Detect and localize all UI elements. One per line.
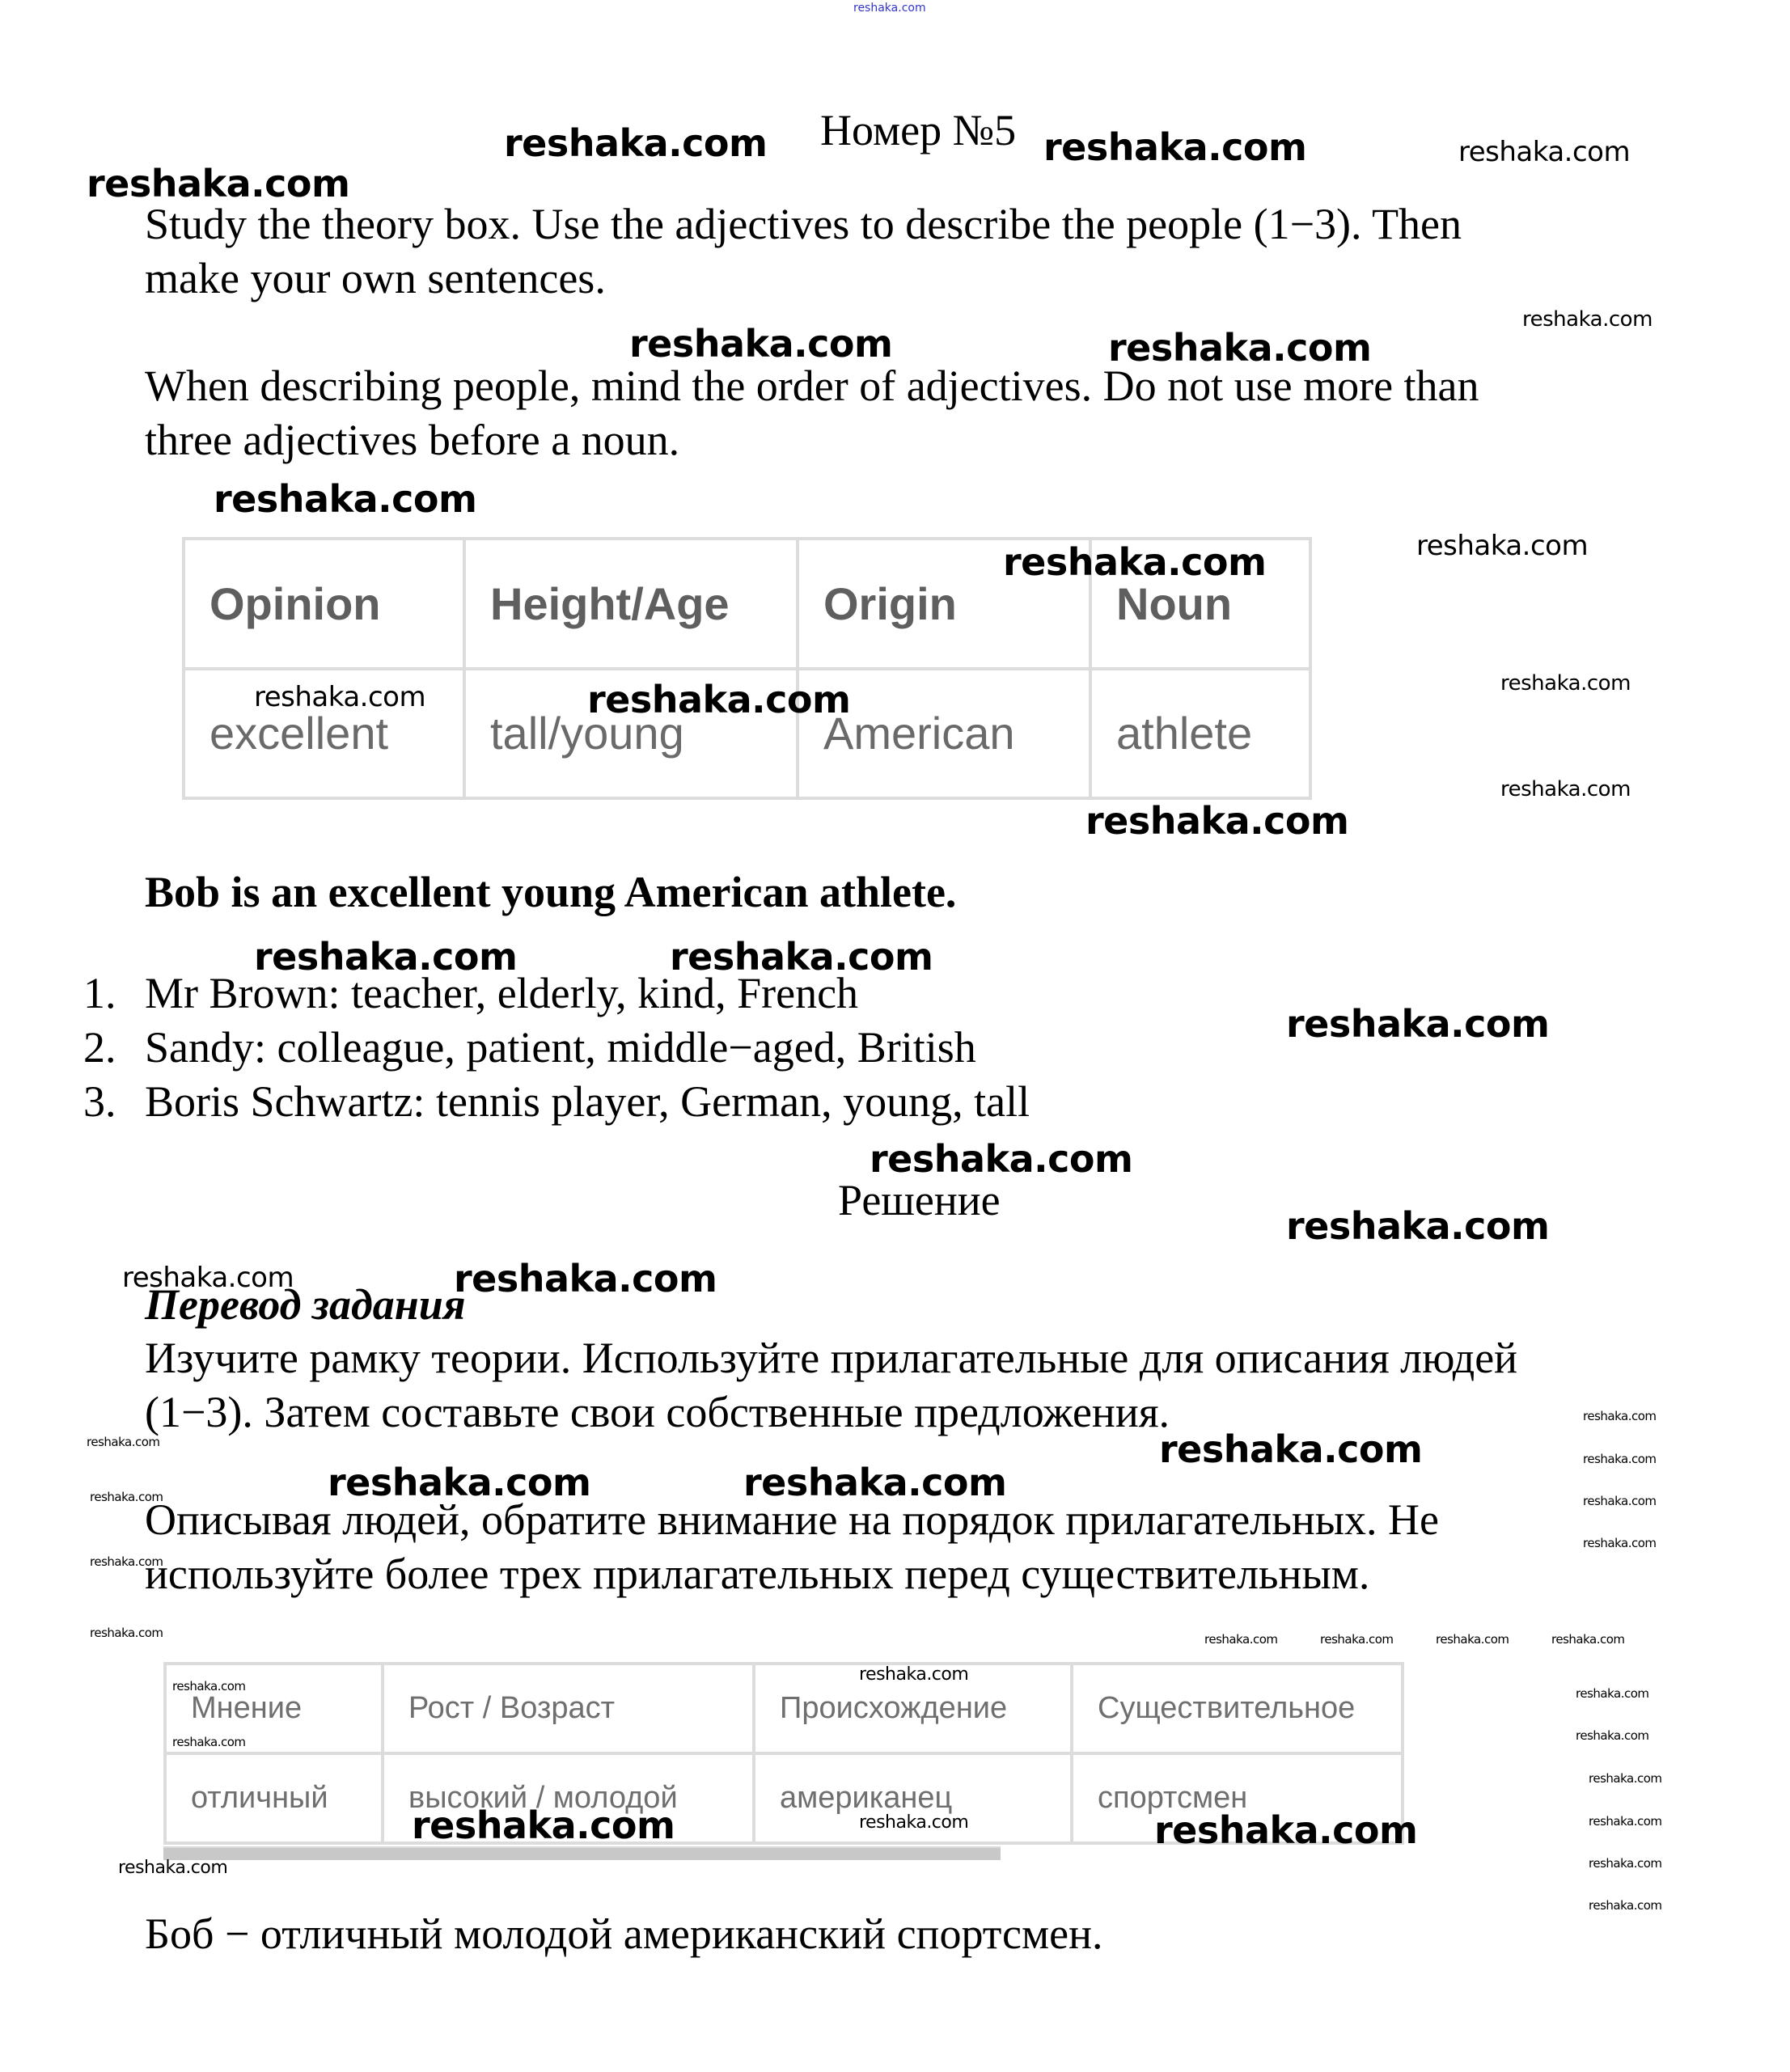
theory-text: When describing people, mind the order o… <box>145 359 1479 467</box>
page-title: Номер №5 <box>820 105 1016 155</box>
watermark-text: reshaka.com <box>587 678 850 721</box>
watermark-text: reshaka.com <box>454 1257 717 1300</box>
task-instruction-line: Study the theory box. Use the adjectives… <box>145 197 1462 252</box>
watermark-text: reshaka.com <box>629 322 892 366</box>
watermark-text: reshaka.com <box>122 1262 294 1294</box>
table-header-cell: Height/Age <box>464 539 798 669</box>
watermark-text: reshaka.com <box>1589 1898 1662 1913</box>
watermark-text: reshaka.com <box>859 1664 968 1685</box>
list-item: 2. Sandy: colleague, patient, middle−age… <box>83 1021 1030 1075</box>
watermark-text: reshaka.com <box>1320 1632 1394 1647</box>
table-header-cell: Существительное <box>1072 1664 1403 1753</box>
watermark-text: reshaka.com <box>90 1554 163 1569</box>
watermark-text: reshaka.com <box>1583 1452 1657 1466</box>
watermark-text: reshaka.com <box>1583 1536 1657 1550</box>
list-item-text: Sandy: colleague, patient, middle−aged, … <box>145 1021 976 1075</box>
watermark-text: reshaka.com <box>1159 1427 1422 1471</box>
watermark-text: reshaka.com <box>1589 1856 1662 1871</box>
watermark-text: reshaka.com <box>1436 1632 1509 1647</box>
watermark-text: reshaka.com <box>1154 1808 1417 1852</box>
theory-line: three adjectives before a noun. <box>145 413 1479 467</box>
watermark-text: reshaka.com <box>118 1858 227 1878</box>
watermark-text: reshaka.com <box>1589 1771 1662 1786</box>
watermark-text: reshaka.com <box>214 477 476 521</box>
watermark-text: reshaka.com <box>1416 530 1588 562</box>
watermark-text: reshaka.com <box>1576 1728 1649 1743</box>
table-header-cell: Рост / Возраст <box>383 1664 754 1753</box>
watermark-text: reshaka.com <box>870 1137 1132 1181</box>
list-item-number: 2. <box>83 1021 145 1075</box>
translation-instruction-line: Изучите рамку теории. Используйте прилаг… <box>145 1331 1517 1385</box>
translation-instruction: Изучите рамку теории. Используйте прилаг… <box>145 1331 1517 1440</box>
watermark-text: reshaka.com <box>1108 326 1371 370</box>
list-item-text: Boris Schwartz: tennis player, German, y… <box>145 1075 1030 1129</box>
task-instruction-line: make your own sentences. <box>145 252 1462 306</box>
watermark-text: reshaka.com <box>1583 1494 1657 1508</box>
watermark-text: reshaka.com <box>743 1461 1006 1504</box>
watermark-text: reshaka.com <box>1043 125 1306 169</box>
watermark-text: reshaka.com <box>1204 1632 1278 1647</box>
watermark-text: reshaka.com <box>1583 1409 1657 1423</box>
watermark-text: reshaka.com <box>504 121 767 165</box>
task-instruction: Study the theory box. Use the adjectives… <box>145 197 1462 306</box>
watermark-text: reshaka.com <box>1576 1686 1649 1701</box>
translated-example-sentence: Боб − отличный молодой американский спор… <box>145 1907 1103 1961</box>
watermark-text: reshaka.com <box>1500 671 1631 696</box>
site-link[interactable]: reshaka.com <box>853 2 926 15</box>
watermark-text: reshaka.com <box>254 935 517 979</box>
list-item-number: 1. <box>83 966 145 1021</box>
list-item-number: 3. <box>83 1075 145 1129</box>
translation-theory-line: используйте более трех прилагательных пе… <box>145 1547 1439 1601</box>
table-cell: отличный <box>165 1753 383 1843</box>
list-item: 3. Boris Schwartz: tennis player, German… <box>83 1075 1030 1129</box>
watermark-text: reshaka.com <box>87 1435 160 1449</box>
watermark-text: reshaka.com <box>1003 540 1266 584</box>
watermark-text: reshaka.com <box>90 1490 163 1504</box>
example-sentence: Bob is an excellent young American athle… <box>145 865 956 920</box>
watermark-text: reshaka.com <box>1551 1632 1625 1647</box>
translation-theory: Описывая людей, обратите внимание на пор… <box>145 1493 1439 1601</box>
watermark-text: reshaka.com <box>1522 307 1652 332</box>
solution-heading: Решение <box>838 1175 1001 1225</box>
watermark-text: reshaka.com <box>1500 777 1631 801</box>
watermark-text: reshaka.com <box>87 162 349 205</box>
table-cell: athlete <box>1090 669 1310 799</box>
watermark-text: reshaka.com <box>172 1679 246 1694</box>
watermark-text: reshaka.com <box>254 681 425 713</box>
table-header-row: Мнение Рост / Возраст Происхождение Суще… <box>165 1664 1403 1753</box>
watermark-text: reshaka.com <box>90 1626 163 1640</box>
watermark-text: reshaka.com <box>670 935 933 979</box>
watermark-text: reshaka.com <box>328 1461 590 1504</box>
exercise-list: 1. Mr Brown: teacher, elderly, kind, Fre… <box>83 966 1030 1129</box>
watermark-text: reshaka.com <box>859 1812 968 1833</box>
watermark-text: reshaka.com <box>412 1803 675 1847</box>
watermark-text: reshaka.com <box>172 1735 246 1749</box>
table-header-cell: Opinion <box>184 539 464 669</box>
watermark-text: reshaka.com <box>1286 1204 1549 1248</box>
watermark-text: reshaka.com <box>1589 1814 1662 1829</box>
watermark-text: reshaka.com <box>1085 799 1348 843</box>
table-horizontal-scrollbar[interactable] <box>163 1846 1001 1860</box>
watermark-text: reshaka.com <box>1458 136 1630 168</box>
watermark-text: reshaka.com <box>1286 1002 1549 1046</box>
